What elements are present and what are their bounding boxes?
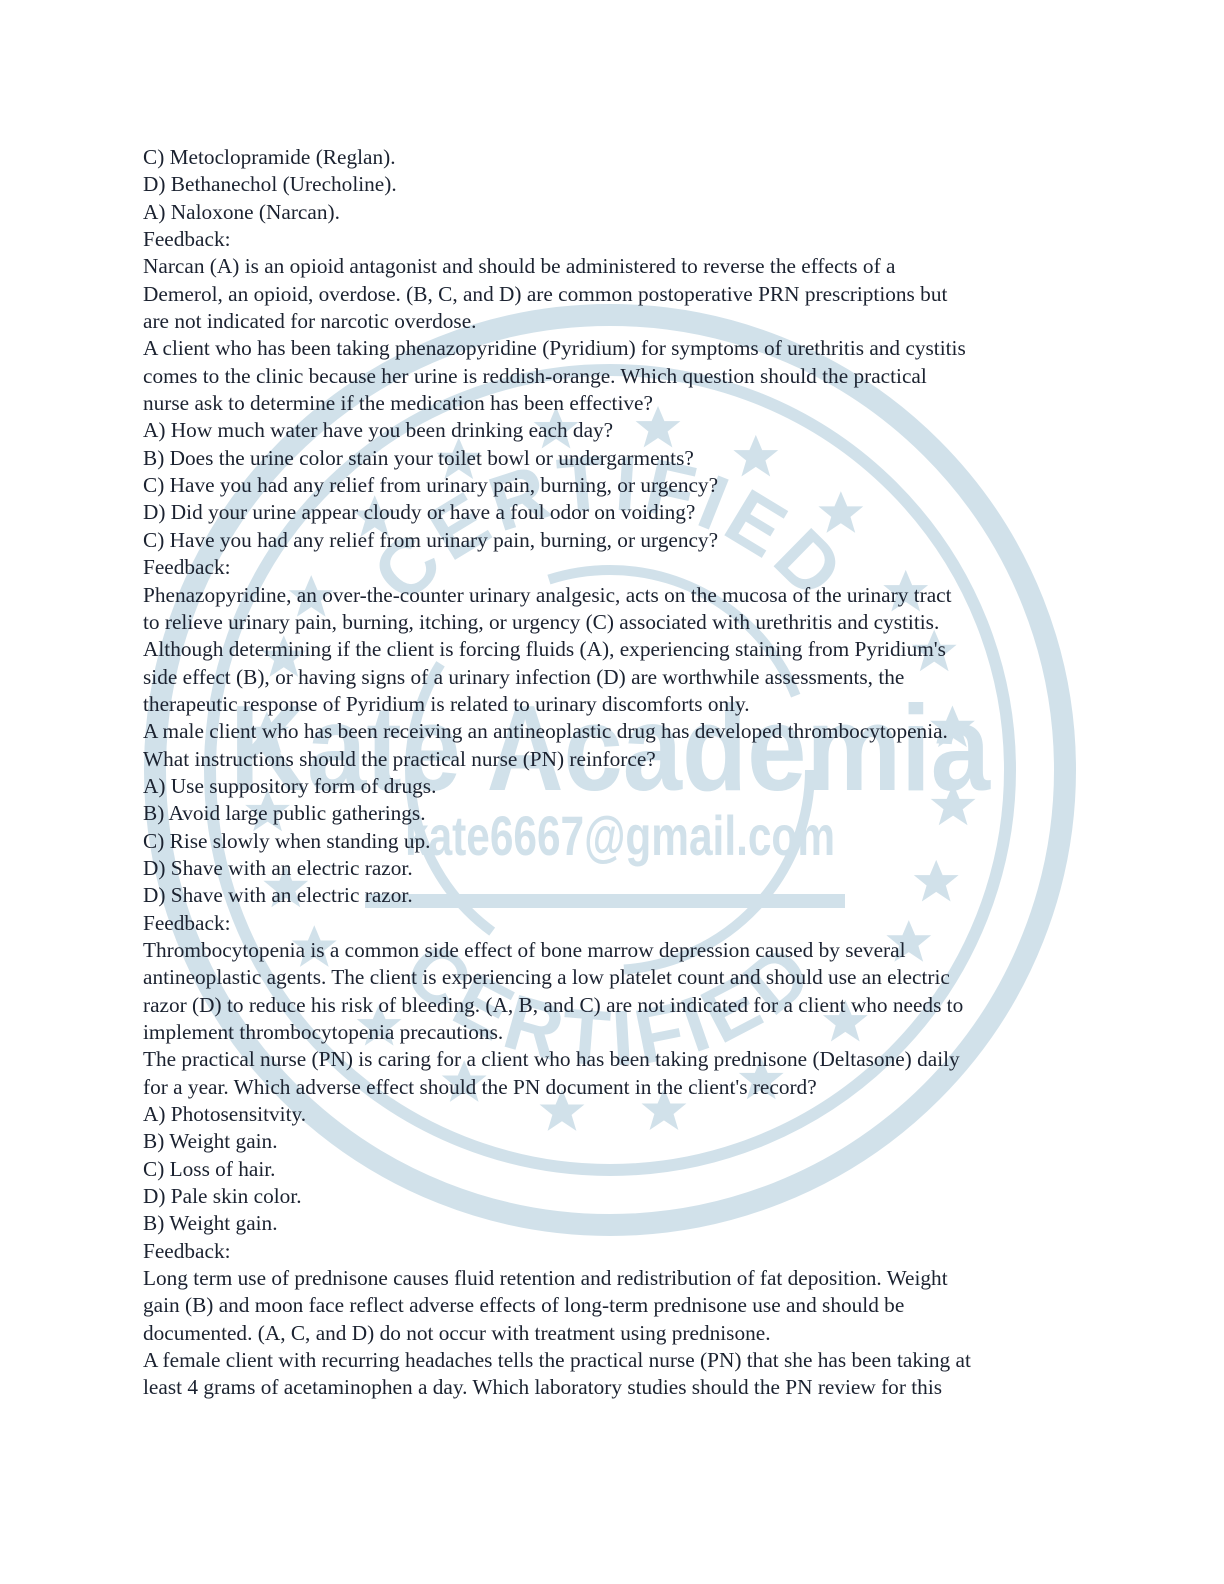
text-line: to relieve urinary pain, burning, itchin… [143, 609, 1083, 636]
text-line: documented. (A, C, and D) do not occur w… [143, 1320, 1083, 1347]
text-line: Narcan (A) is an opioid antagonist and s… [143, 253, 1083, 280]
text-line: D) Bethanechol (Urecholine). [143, 171, 1083, 198]
text-line: Phenazopyridine, an over-the-counter uri… [143, 582, 1083, 609]
document-body: C) Metoclopramide (Reglan).D) Bethanecho… [143, 144, 1083, 1402]
text-line: Thrombocytopenia is a common side effect… [143, 937, 1083, 964]
text-line: B) Avoid large public gatherings. [143, 800, 1083, 827]
text-line: A client who has been taking phenazopyri… [143, 335, 1083, 362]
document-page: CERTIFIED CERTIFIED Kate Academia kate66… [0, 0, 1224, 1584]
text-line: C) Have you had any relief from urinary … [143, 472, 1083, 499]
text-line: razor (D) to reduce his risk of bleeding… [143, 992, 1083, 1019]
text-line: A) Naloxone (Narcan). [143, 199, 1083, 226]
text-line: C) Metoclopramide (Reglan). [143, 144, 1083, 171]
text-line: B) Weight gain. [143, 1210, 1083, 1237]
text-line: therapeutic response of Pyridium is rela… [143, 691, 1083, 718]
text-line: are not indicated for narcotic overdose. [143, 308, 1083, 335]
text-line: B) Weight gain. [143, 1128, 1083, 1155]
text-line: D) Shave with an electric razor. [143, 855, 1083, 882]
text-line: for a year. Which adverse effect should … [143, 1074, 1083, 1101]
text-line: least 4 grams of acetaminophen a day. Wh… [143, 1374, 1083, 1401]
text-line: C) Loss of hair. [143, 1156, 1083, 1183]
text-line: side effect (B), or having signs of a ur… [143, 664, 1083, 691]
text-line: A) Photosensitvity. [143, 1101, 1083, 1128]
text-line: D) Pale skin color. [143, 1183, 1083, 1210]
text-line: What instructions should the practical n… [143, 746, 1083, 773]
text-line: B) Does the urine color stain your toile… [143, 445, 1083, 472]
text-line: A male client who has been receiving an … [143, 718, 1083, 745]
text-line: gain (B) and moon face reflect adverse e… [143, 1292, 1083, 1319]
text-line: Long term use of prednisone causes fluid… [143, 1265, 1083, 1292]
text-line: comes to the clinic because her urine is… [143, 363, 1083, 390]
text-line: Demerol, an opioid, overdose. (B, C, and… [143, 281, 1083, 308]
text-line: Feedback: [143, 554, 1083, 581]
text-line: The practical nurse (PN) is caring for a… [143, 1046, 1083, 1073]
text-line: A) How much water have you been drinking… [143, 417, 1083, 444]
text-line: antineoplastic agents. The client is exp… [143, 964, 1083, 991]
text-line: A female client with recurring headaches… [143, 1347, 1083, 1374]
text-line: Feedback: [143, 226, 1083, 253]
text-line: Feedback: [143, 1238, 1083, 1265]
text-line: D) Did your urine appear cloudy or have … [143, 499, 1083, 526]
text-line: Although determining if the client is fo… [143, 636, 1083, 663]
text-line: C) Have you had any relief from urinary … [143, 527, 1083, 554]
text-line: Feedback: [143, 910, 1083, 937]
text-line: nurse ask to determine if the medication… [143, 390, 1083, 417]
text-line: D) Shave with an electric razor. [143, 882, 1083, 909]
text-line: C) Rise slowly when standing up. [143, 828, 1083, 855]
text-line: implement thrombocytopenia precautions. [143, 1019, 1083, 1046]
text-line: A) Use suppository form of drugs. [143, 773, 1083, 800]
